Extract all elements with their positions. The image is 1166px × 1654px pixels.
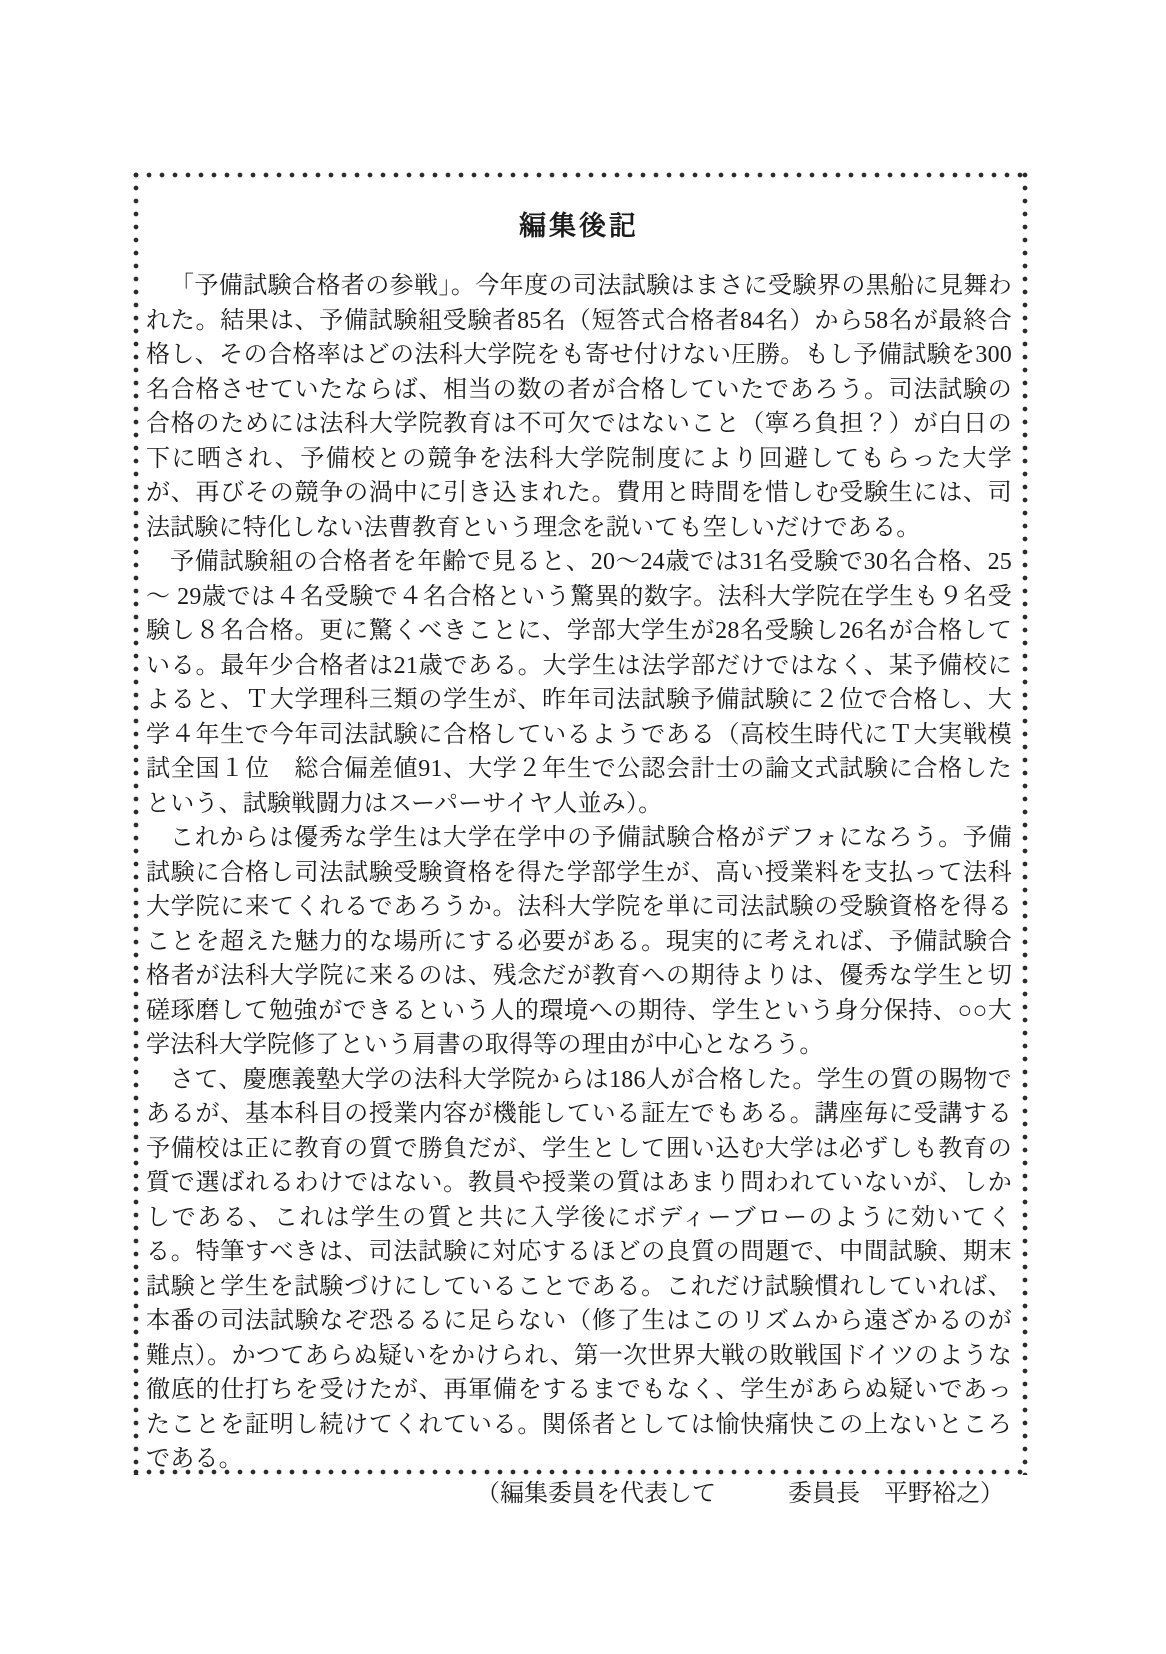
page-title: 編集後記 — [146, 204, 1012, 243]
dotted-frame: 編集後記 「予備試験合格者の参戦」。今年度の司法試験はまさに受験界の黒船に見舞わ… — [133, 172, 1028, 1475]
paragraph: 「予備試験合格者の参戦」。今年度の司法試験はまさに受験界の黒船に見舞われた。結果… — [146, 269, 1012, 545]
paragraph: 予備試験組の合格者を年齢で見ると、20～24歳では31名受験で30名合格、25～… — [146, 545, 1012, 821]
scanned-page: 編集後記 「予備試験合格者の参戦」。今年度の司法試験はまさに受験界の黒船に見舞わ… — [0, 0, 1166, 1654]
body-text: 「予備試験合格者の参戦」。今年度の司法試験はまさに受験界の黒船に見舞われた。結果… — [146, 269, 1012, 1477]
signature-line: （編集委員を代表して 委員長 平野裕之） — [146, 1477, 1012, 1512]
paragraph: これからは優秀な学生は大学在学中の予備試験合格がデフォになろう。予備試験に合格し… — [146, 821, 1012, 1063]
paragraph: さて、慶應義塾大学の法科大学院からは186人が合格した。学生の質の賜物であるが、… — [146, 1063, 1012, 1477]
